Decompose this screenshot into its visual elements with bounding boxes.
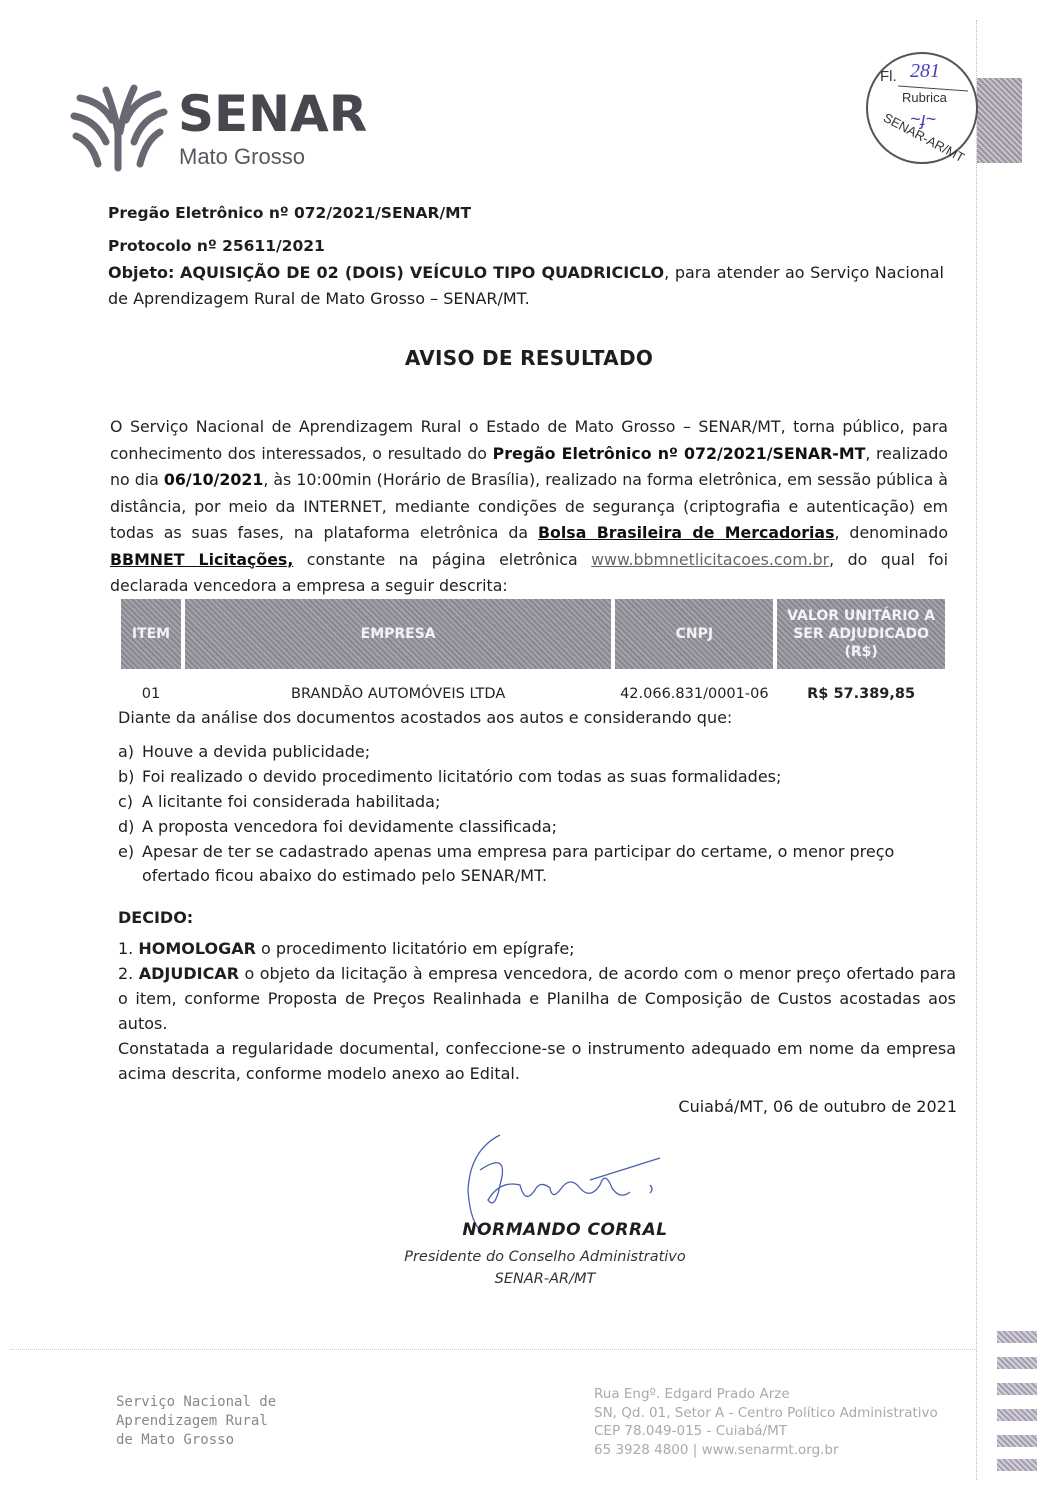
objeto-description: AQUISIÇÃO DE 02 (DOIS) VEÍCULO TIPO QUAD… — [180, 263, 664, 282]
col-header-valor: VALOR UNITÁRIO A SER ADJUDICADO (R$) — [777, 599, 945, 669]
intro-date: 06/10/2021 — [164, 470, 263, 489]
list-marker: 1. — [118, 939, 133, 958]
list-item: d)A proposta vencedora foi devidamente c… — [118, 815, 958, 839]
logo-title: SENAR — [178, 86, 367, 142]
considerando-list: a)Houve a devida publicidade; b)Foi real… — [118, 740, 958, 889]
footer-line: Serviço Nacional de — [116, 1393, 276, 1412]
senar-logo: SENAR Mato Grosso — [68, 80, 368, 175]
col-header-cnpj: CNPJ — [615, 599, 773, 669]
list-marker: c) — [118, 790, 142, 814]
intro-text: constante na página eletrônica — [293, 550, 591, 569]
decisao-list: 1. HOMOLOGAR o procedimento licitatório … — [118, 936, 956, 1036]
list-text: A proposta vencedora foi devidamente cla… — [142, 815, 958, 839]
signer-role-block: Presidente do Conselho Administrativo SE… — [380, 1246, 710, 1290]
scan-edge-tab — [997, 1459, 1037, 1471]
list-marker: b) — [118, 765, 142, 789]
intro-bbmnet: BBMNET Licitações, — [110, 550, 293, 569]
list-marker: d) — [118, 815, 142, 839]
intro-paragraph: O Serviço Nacional de Aprendizagem Rural… — [110, 414, 948, 600]
footer-line: SN, Qd. 01, Setor A - Centro Político Ad… — [594, 1404, 938, 1423]
col-header-empresa: EMPRESA — [185, 599, 611, 669]
scan-edge-tab — [997, 1409, 1037, 1421]
signer-org: SENAR-AR/MT — [380, 1268, 710, 1290]
list-item: a)Houve a devida publicidade; — [118, 740, 958, 764]
list-text: A licitante foi considerada habilitada; — [142, 790, 958, 814]
scan-edge-line — [976, 20, 977, 1480]
decido-label: DECIDO: — [118, 908, 193, 927]
footer-line: CEP 78.049-015 - Cuiabá/MT — [594, 1422, 938, 1441]
signer-name: NORMANDO CORRAL — [415, 1220, 715, 1240]
final-paragraph: Constatada a regularidade documental, co… — [118, 1036, 956, 1086]
result-table: ITEM EMPRESA CNPJ VALOR UNITÁRIO A SER A… — [117, 599, 949, 704]
list-marker: a) — [118, 740, 142, 764]
objeto-label: Objeto: — [108, 263, 174, 282]
col-header-item: ITEM — [121, 599, 181, 669]
list-marker: 2. — [118, 964, 133, 983]
pregao-number: Pregão Eletrônico nº 072/2021/SENAR/MT — [108, 203, 471, 223]
footer-divider — [10, 1349, 975, 1350]
page-title: AVISO DE RESULTADO — [0, 346, 1058, 370]
date-place: Cuiabá/MT, 06 de outubro de 2021 — [600, 1097, 957, 1116]
intro-bolsa: Bolsa Brasileira de Mercadorias — [538, 523, 835, 542]
scan-edge-tab — [997, 1331, 1037, 1343]
footer-line: Aprendizagem Rural — [116, 1412, 276, 1431]
footer-address: Rua Engº. Edgard Prado Arze SN, Qd. 01, … — [594, 1385, 938, 1459]
cell-empresa: BRANDÃO AUTOMÓVEIS LTDA — [185, 669, 611, 704]
intro-pregao: Pregão Eletrônico nº 072/2021/SENAR-MT — [493, 444, 866, 463]
table-row: 01 BRANDÃO AUTOMÓVEIS LTDA 42.066.831/00… — [121, 669, 945, 704]
decision-verb: ADJUDICAR — [139, 964, 239, 983]
list-text: Apesar de ter se cadastrado apenas uma e… — [142, 840, 958, 888]
list-item: e)Apesar de ter se cadastrado apenas uma… — [118, 840, 958, 888]
list-text: o procedimento licitatório em epígrafe; — [256, 939, 575, 958]
intro-text: , denominado — [835, 523, 949, 542]
list-text: Houve a devida publicidade; — [142, 740, 958, 764]
footer-org-name: Serviço Nacional de Aprendizagem Rural d… — [116, 1393, 276, 1450]
bbmnet-link[interactable]: www.bbmnetlicitacoes.com.br — [591, 550, 829, 569]
scan-edge-block — [977, 78, 1022, 163]
footer-line: de Mato Grosso — [116, 1431, 276, 1450]
list-item: 2. ADJUDICAR o objeto da licitação à emp… — [118, 961, 956, 1036]
list-item: b)Foi realizado o devido procedimento li… — [118, 765, 958, 789]
stamp-folio-number: 281 — [910, 60, 940, 83]
list-item: c)A licitante foi considerada habilitada… — [118, 790, 958, 814]
scan-edge-tab — [997, 1435, 1037, 1447]
stamp-fl-label: Fl. — [880, 68, 897, 85]
list-item: 1. HOMOLOGAR o procedimento licitatório … — [118, 936, 956, 961]
cell-valor: R$ 57.389,85 — [777, 669, 945, 704]
list-marker: e) — [118, 840, 142, 888]
decision-verb: HOMOLOGAR — [138, 939, 256, 958]
stamp-rubrica-label: Rubrica — [902, 90, 947, 105]
signer-role: Presidente do Conselho Administrativo — [380, 1246, 710, 1268]
footer-line: 65 3928 4800 | www.senarmt.org.br — [594, 1441, 938, 1460]
list-text: o objeto da licitação à empresa vencedor… — [118, 964, 956, 1033]
list-text: Foi realizado o devido procedimento lici… — [142, 765, 958, 789]
footer-line: Rua Engº. Edgard Prado Arze — [594, 1385, 938, 1404]
wheat-logo-icon — [68, 80, 168, 172]
protocolo-number: Protocolo nº 25611/2021 — [108, 236, 325, 256]
considerando-intro: Diante da análise dos documentos acostad… — [118, 706, 956, 730]
scan-edge-tab — [997, 1383, 1037, 1395]
objeto: Objeto: AQUISIÇÃO DE 02 (DOIS) VEÍCULO T… — [108, 260, 944, 312]
cell-item: 01 — [121, 669, 181, 704]
scan-edge-tab — [997, 1357, 1037, 1369]
cell-cnpj: 42.066.831/0001-06 — [615, 669, 773, 704]
logo-subtitle: Mato Grosso — [179, 144, 305, 170]
folio-stamp: Fl. 281 Rubrica ~ɟ~ SENAR-AR/MT — [866, 52, 978, 164]
table-header-row: ITEM EMPRESA CNPJ VALOR UNITÁRIO A SER A… — [121, 599, 945, 669]
